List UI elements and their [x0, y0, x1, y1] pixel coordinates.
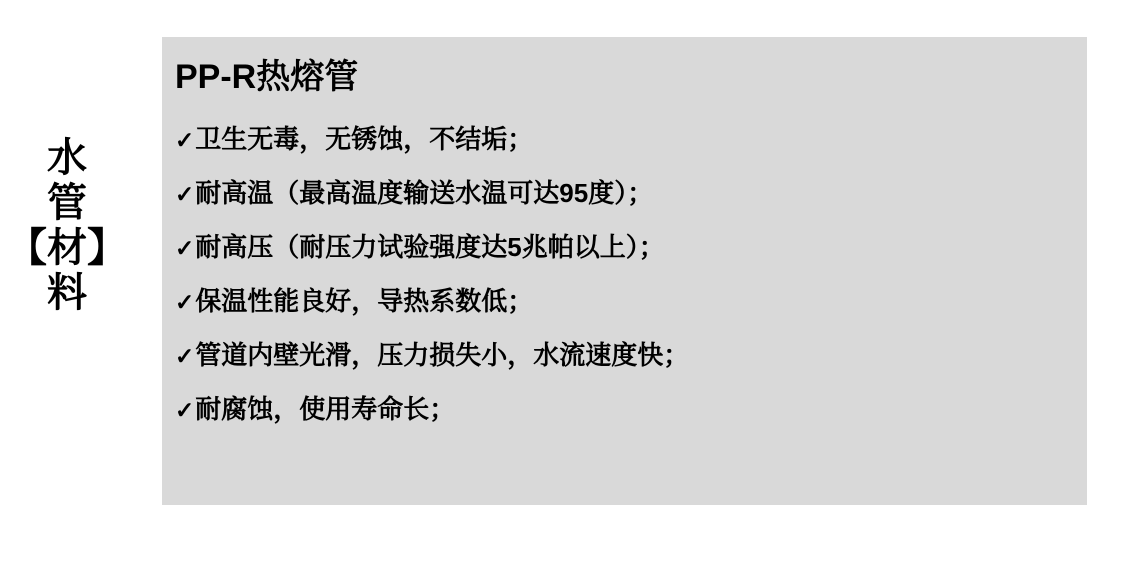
feature-text: 管道内壁光滑，压力损失小，水流速度快；	[195, 340, 689, 370]
check-icon: ✓	[175, 127, 194, 153]
side-title-char: 管	[7, 181, 127, 226]
side-title-char-bracketed: 【材】	[7, 226, 127, 271]
feature-text: 耐高压（耐压力试验强度达5兆帕以上）；	[195, 232, 664, 262]
feature-text: 耐腐蚀，使用寿命长；	[195, 394, 455, 424]
side-title-char: 水	[7, 136, 127, 181]
panel-title: PP-R热熔管	[175, 55, 1067, 99]
feature-item: ✓耐腐蚀，使用寿命长；	[175, 383, 1067, 437]
feature-item: ✓耐高温（最高温度输送水温可达95度）；	[175, 167, 1067, 221]
check-icon: ✓	[175, 235, 194, 261]
check-icon: ✓	[175, 397, 194, 423]
feature-item: ✓保温性能良好，导热系数低；	[175, 275, 1067, 329]
feature-item: ✓耐高压（耐压力试验强度达5兆帕以上）；	[175, 221, 1067, 275]
side-title-char: 料	[7, 271, 127, 316]
feature-text: 保温性能良好，导热系数低；	[195, 286, 533, 316]
check-icon: ✓	[175, 289, 194, 315]
feature-item: ✓管道内壁光滑，压力损失小，水流速度快；	[175, 329, 1067, 383]
check-icon: ✓	[175, 181, 194, 207]
content-panel: PP-R热熔管 ✓卫生无毒，无锈蚀，不结垢； ✓耐高温（最高温度输送水温可达95…	[162, 37, 1087, 505]
side-vertical-title: 水 管 【材】 料	[7, 136, 127, 316]
feature-list: ✓卫生无毒，无锈蚀，不结垢； ✓耐高温（最高温度输送水温可达95度）； ✓耐高压…	[175, 113, 1067, 437]
feature-text: 耐高温（最高温度输送水温可达95度）；	[195, 178, 653, 208]
check-icon: ✓	[175, 343, 194, 369]
feature-item: ✓卫生无毒，无锈蚀，不结垢；	[175, 113, 1067, 167]
feature-text: 卫生无毒，无锈蚀，不结垢；	[195, 124, 533, 154]
